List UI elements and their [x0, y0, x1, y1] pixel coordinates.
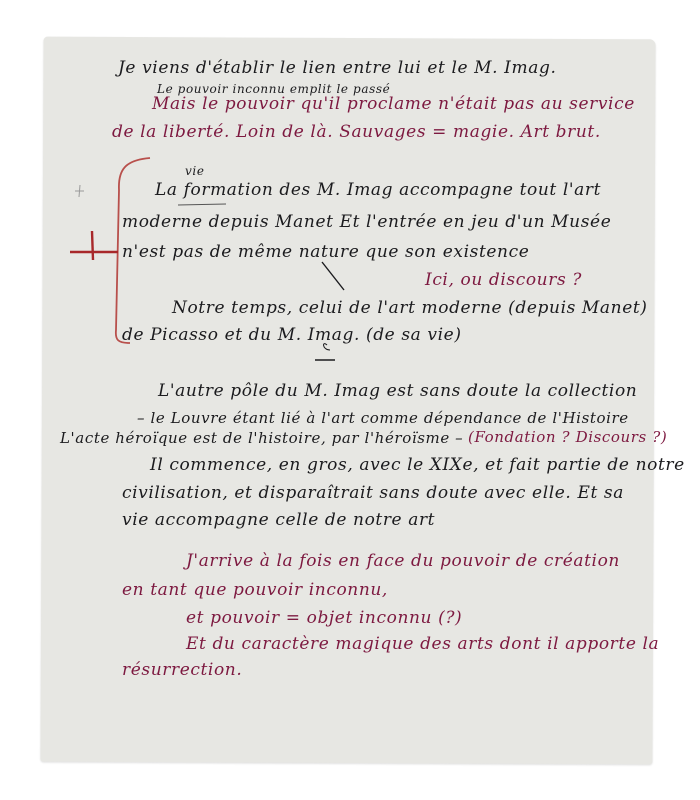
manuscript-line: L'autre pôle du M. Imag est sans doute l… [158, 381, 637, 401]
manuscript-line: civilisation, et disparaîtrait sans dout… [122, 483, 624, 503]
manuscript-line: J'arrive à la fois en face du pouvoir de… [186, 551, 620, 571]
manuscript-line: Il commence, en gros, avec le XIXe, et f… [150, 455, 685, 475]
manuscript-line: – le Louvre étant lié à l'art comme dépe… [137, 409, 629, 427]
manuscript-line: résurrection. [122, 660, 242, 680]
manuscript-line: et pouvoir = objet inconnu (?) [186, 608, 462, 628]
manuscript-line: La formation des M. Imag accompagne tout… [155, 180, 601, 200]
manuscript-line: moderne depuis Manet Et l'entrée en jeu … [122, 212, 611, 232]
marginal-note: Ici, ou discours ? [425, 270, 582, 290]
marginal-note: (Fondation ? Discours ?) [468, 428, 667, 446]
manuscript-line: Mais le pouvoir qu'il proclame n'était p… [152, 94, 635, 114]
red-cross-mark [70, 231, 118, 260]
pencil-cross-icon [75, 185, 84, 197]
interlinear-insertion: vie [185, 164, 205, 178]
manuscript-line: de la liberté. Loin de là. Sauvages = ma… [112, 122, 601, 142]
manuscript-line: Je viens d'établir le lien entre lui et … [118, 58, 556, 78]
insertion-arrow [322, 262, 344, 290]
manuscript-line: Et du caractère magique des arts dont il… [186, 634, 659, 654]
manuscript-line: vie accompagne celle de notre art [122, 510, 435, 530]
manuscript-line: n'est pas de même nature que son existen… [122, 242, 529, 262]
manuscript-line: de Picasso et du M. Imag. (de sa vie) [122, 325, 462, 345]
manuscript-line: Notre temps, celui de l'art moderne (dep… [172, 298, 648, 318]
manuscript-line: en tant que pouvoir inconnu, [122, 580, 388, 600]
interlinear-insertion: L'acte héroïque est de l'histoire, par l… [60, 429, 463, 447]
